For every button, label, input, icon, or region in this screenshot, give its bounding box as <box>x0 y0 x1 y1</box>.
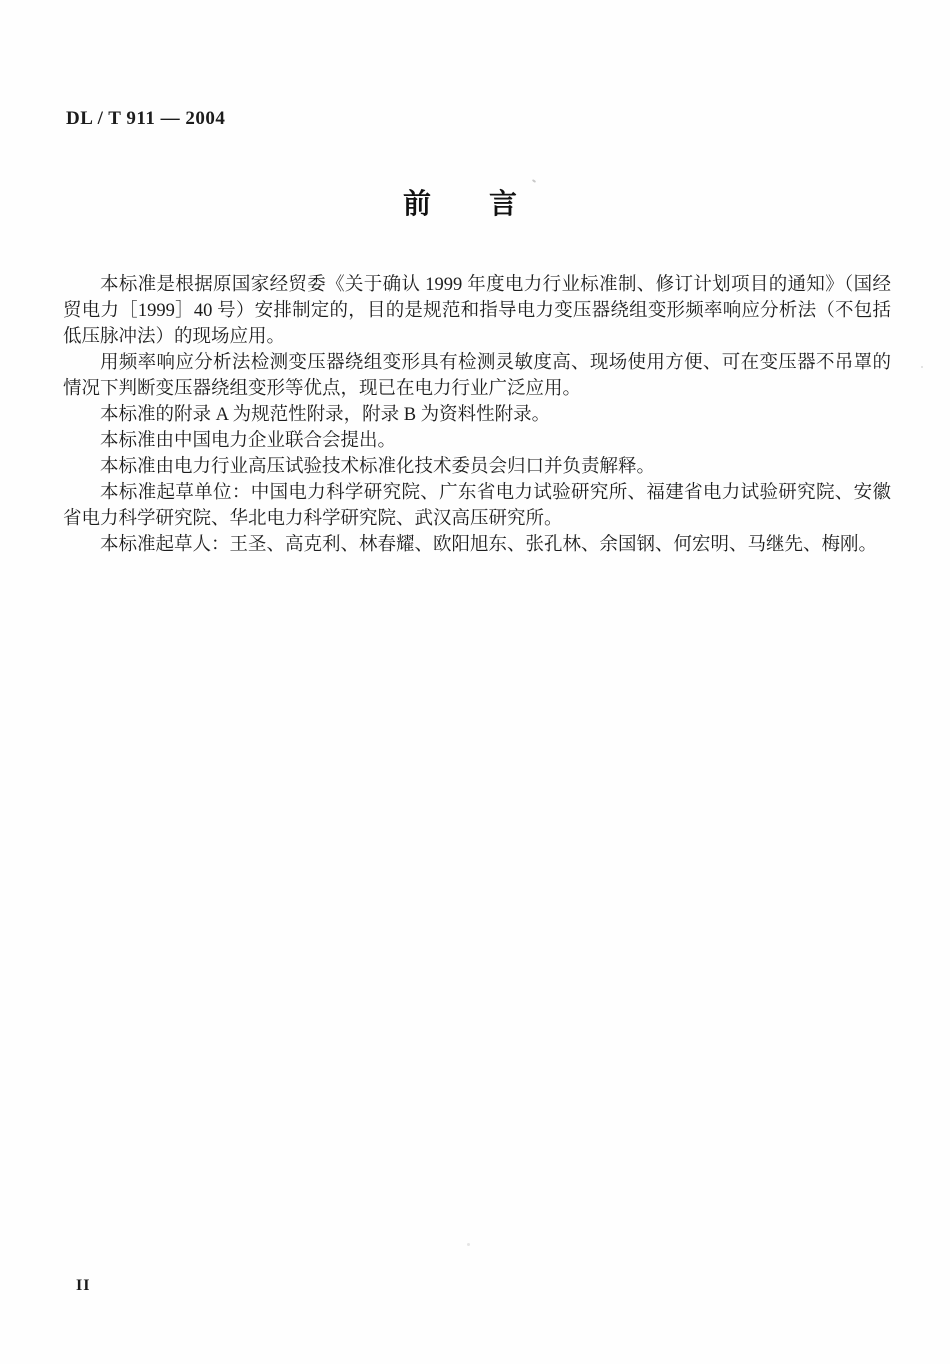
text-line: 本标准是根据原国家经贸委《关于确认 1999 年度电力行业标准制、修订计划项目的… <box>63 272 891 298</box>
text-line: 情况下判断变压器绕组变形等优点，现已在电力行业广泛应用。 <box>63 376 891 402</box>
text-line: 本标准由中国电力企业联合会提出。 <box>63 428 891 454</box>
text-line: 本标准的附录 A 为规范性附录，附录 B 为资料性附录。 <box>63 402 891 428</box>
text-line: 低压脉冲法）的现场应用。 <box>63 324 891 350</box>
foreword-paragraph: 本标准的附录 A 为规范性附录，附录 B 为资料性附录。 <box>63 402 891 428</box>
foreword-paragraph: 本标准由电力行业高压试验技术标准化技术委员会归口并负责解释。 <box>63 454 891 480</box>
scan-speck <box>467 1243 470 1246</box>
title-char-yan: 言 <box>489 189 517 219</box>
foreword-body: 本标准是根据原国家经贸委《关于确认 1999 年度电力行业标准制、修订计划项目的… <box>63 272 891 558</box>
foreword-paragraph: 本标准由中国电力企业联合会提出。 <box>63 428 891 454</box>
text-line: 本标准起草单位：中国电力科学研究院、广东省电力试验研究所、福建省电力试验研究院、… <box>63 480 891 506</box>
text-line: 本标准起草人：王圣、高克利、林春耀、欧阳旭东、张孔林、余国钢、何宏明、马继先、梅… <box>63 532 891 558</box>
text-line: 本标准由电力行业高压试验技术标准化技术委员会归口并负责解释。 <box>63 454 891 480</box>
foreword-paragraph: 本标准是根据原国家经贸委《关于确认 1999 年度电力行业标准制、修订计划项目的… <box>63 272 891 350</box>
foreword-paragraph: 用频率响应分析法检测变压器绕组变形具有检测灵敏度高、现场使用方便、可在变压器不吊… <box>63 350 891 402</box>
page-number: II <box>76 1278 90 1294</box>
scan-speck <box>921 366 923 368</box>
text-line: 用频率响应分析法检测变压器绕组变形具有检测灵敏度高、现场使用方便、可在变压器不吊… <box>63 350 891 376</box>
title-char-qian: 前 <box>403 189 431 219</box>
text-line: 省电力科学研究院、华北电力科学研究院、武汉高压研究所。 <box>63 506 891 532</box>
page-title: 前 言 <box>0 189 920 219</box>
foreword-paragraph: 本标准起草人：王圣、高克利、林春耀、欧阳旭东、张孔林、余国钢、何宏明、马继先、梅… <box>63 532 891 558</box>
document-page: DL / T 911 — 2004 前 言 本标准是根据原国家经贸委《关于确认 … <box>0 0 950 1364</box>
scan-speck <box>532 179 536 183</box>
standard-code: DL / T 911 — 2004 <box>66 109 225 128</box>
text-line: 贸电力［1999］40 号）安排制定的，目的是规范和指导电力变压器绕组变形频率响… <box>63 298 891 324</box>
foreword-paragraph: 本标准起草单位：中国电力科学研究院、广东省电力试验研究所、福建省电力试验研究院、… <box>63 480 891 532</box>
